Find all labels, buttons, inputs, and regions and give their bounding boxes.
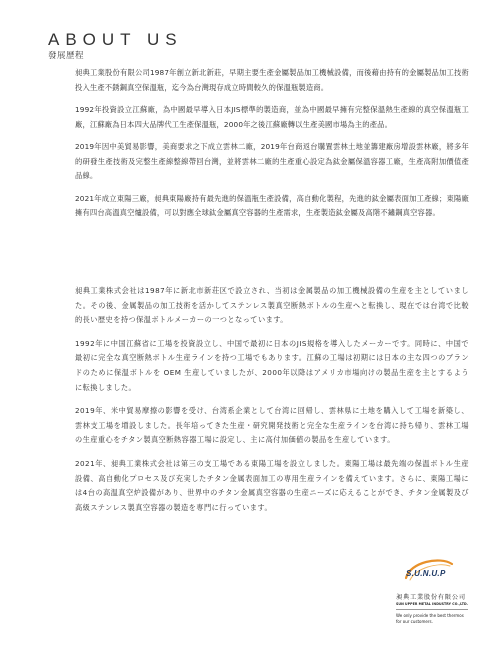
company-name-zh: 昶典工業股份有限公司 (396, 594, 482, 602)
history-paragraph-zh-2: 1992年投資設立江蘇廠，為中國最早導入日本JIS標準的製造商，並為中國最早擁有… (75, 103, 469, 132)
logo-divider (396, 609, 468, 610)
history-paragraph-ja-4: 2021年、昶典工業株式会社は第三の支工場である東陽工場を設立しました。東陽工場… (75, 457, 469, 515)
history-paragraph-ja-3: 2019年、米中貿易摩擦の影響を受け、台湾系企業として台湾に回帰し、雲林県に土地… (75, 404, 469, 448)
slogan-line-2: for our customers. (396, 619, 482, 625)
history-paragraph-zh-3: 2019年因中美貿易影響，美商要求之下成立雲林二廠，2019年台商返台購置雲林土… (75, 140, 469, 184)
page-subtitle: 發展歷程 (48, 51, 183, 62)
history-paragraph-zh-1: 昶典工業股份有限公司1987年創立新北新莊，早期主要生產金屬製品加工機械設備，而… (75, 66, 469, 95)
company-name-en: SUN UPPER METAL INDUSTRY CO.,LTD. (396, 602, 482, 607)
japanese-history-section: 昶典工業株式会社は1987年に新北市新荘区で設立され、当初は金属製品の加工機械設… (75, 284, 469, 524)
history-paragraph-ja-1: 昶典工業株式会社は1987年に新北市新荘区で設立され、当初は金属製品の加工機械設… (75, 284, 469, 328)
chinese-history-section: 昶典工業股份有限公司1987年創立新北新莊，早期主要生產金屬製品加工機械設備，而… (75, 66, 469, 229)
company-logo-block: S.U.N.U.P 昶典工業股份有限公司 SUN UPPER METAL IND… (396, 556, 482, 625)
brand-name: S.U.N.U.P (406, 569, 446, 578)
page-header: ABOUT US 發展歷程 (48, 30, 183, 62)
history-paragraph-ja-2: 1992年に中国江蘇省に工場を投資設立し、中国で最初に日本のJIS規格を導入した… (75, 337, 469, 395)
sunup-logo: S.U.N.U.P (400, 556, 460, 586)
page-title: ABOUT US (48, 30, 183, 50)
about-us-page: ABOUT US 發展歷程 昶典工業股份有限公司1987年創立新北新莊，早期主要… (0, 0, 500, 670)
slogan: We only provide the best thermos for our… (396, 613, 482, 625)
history-paragraph-zh-4: 2021年成立東陽三廠，昶典東陽廠持有最先進的保溫瓶生產設備，高自動化製程，先進… (75, 192, 469, 221)
